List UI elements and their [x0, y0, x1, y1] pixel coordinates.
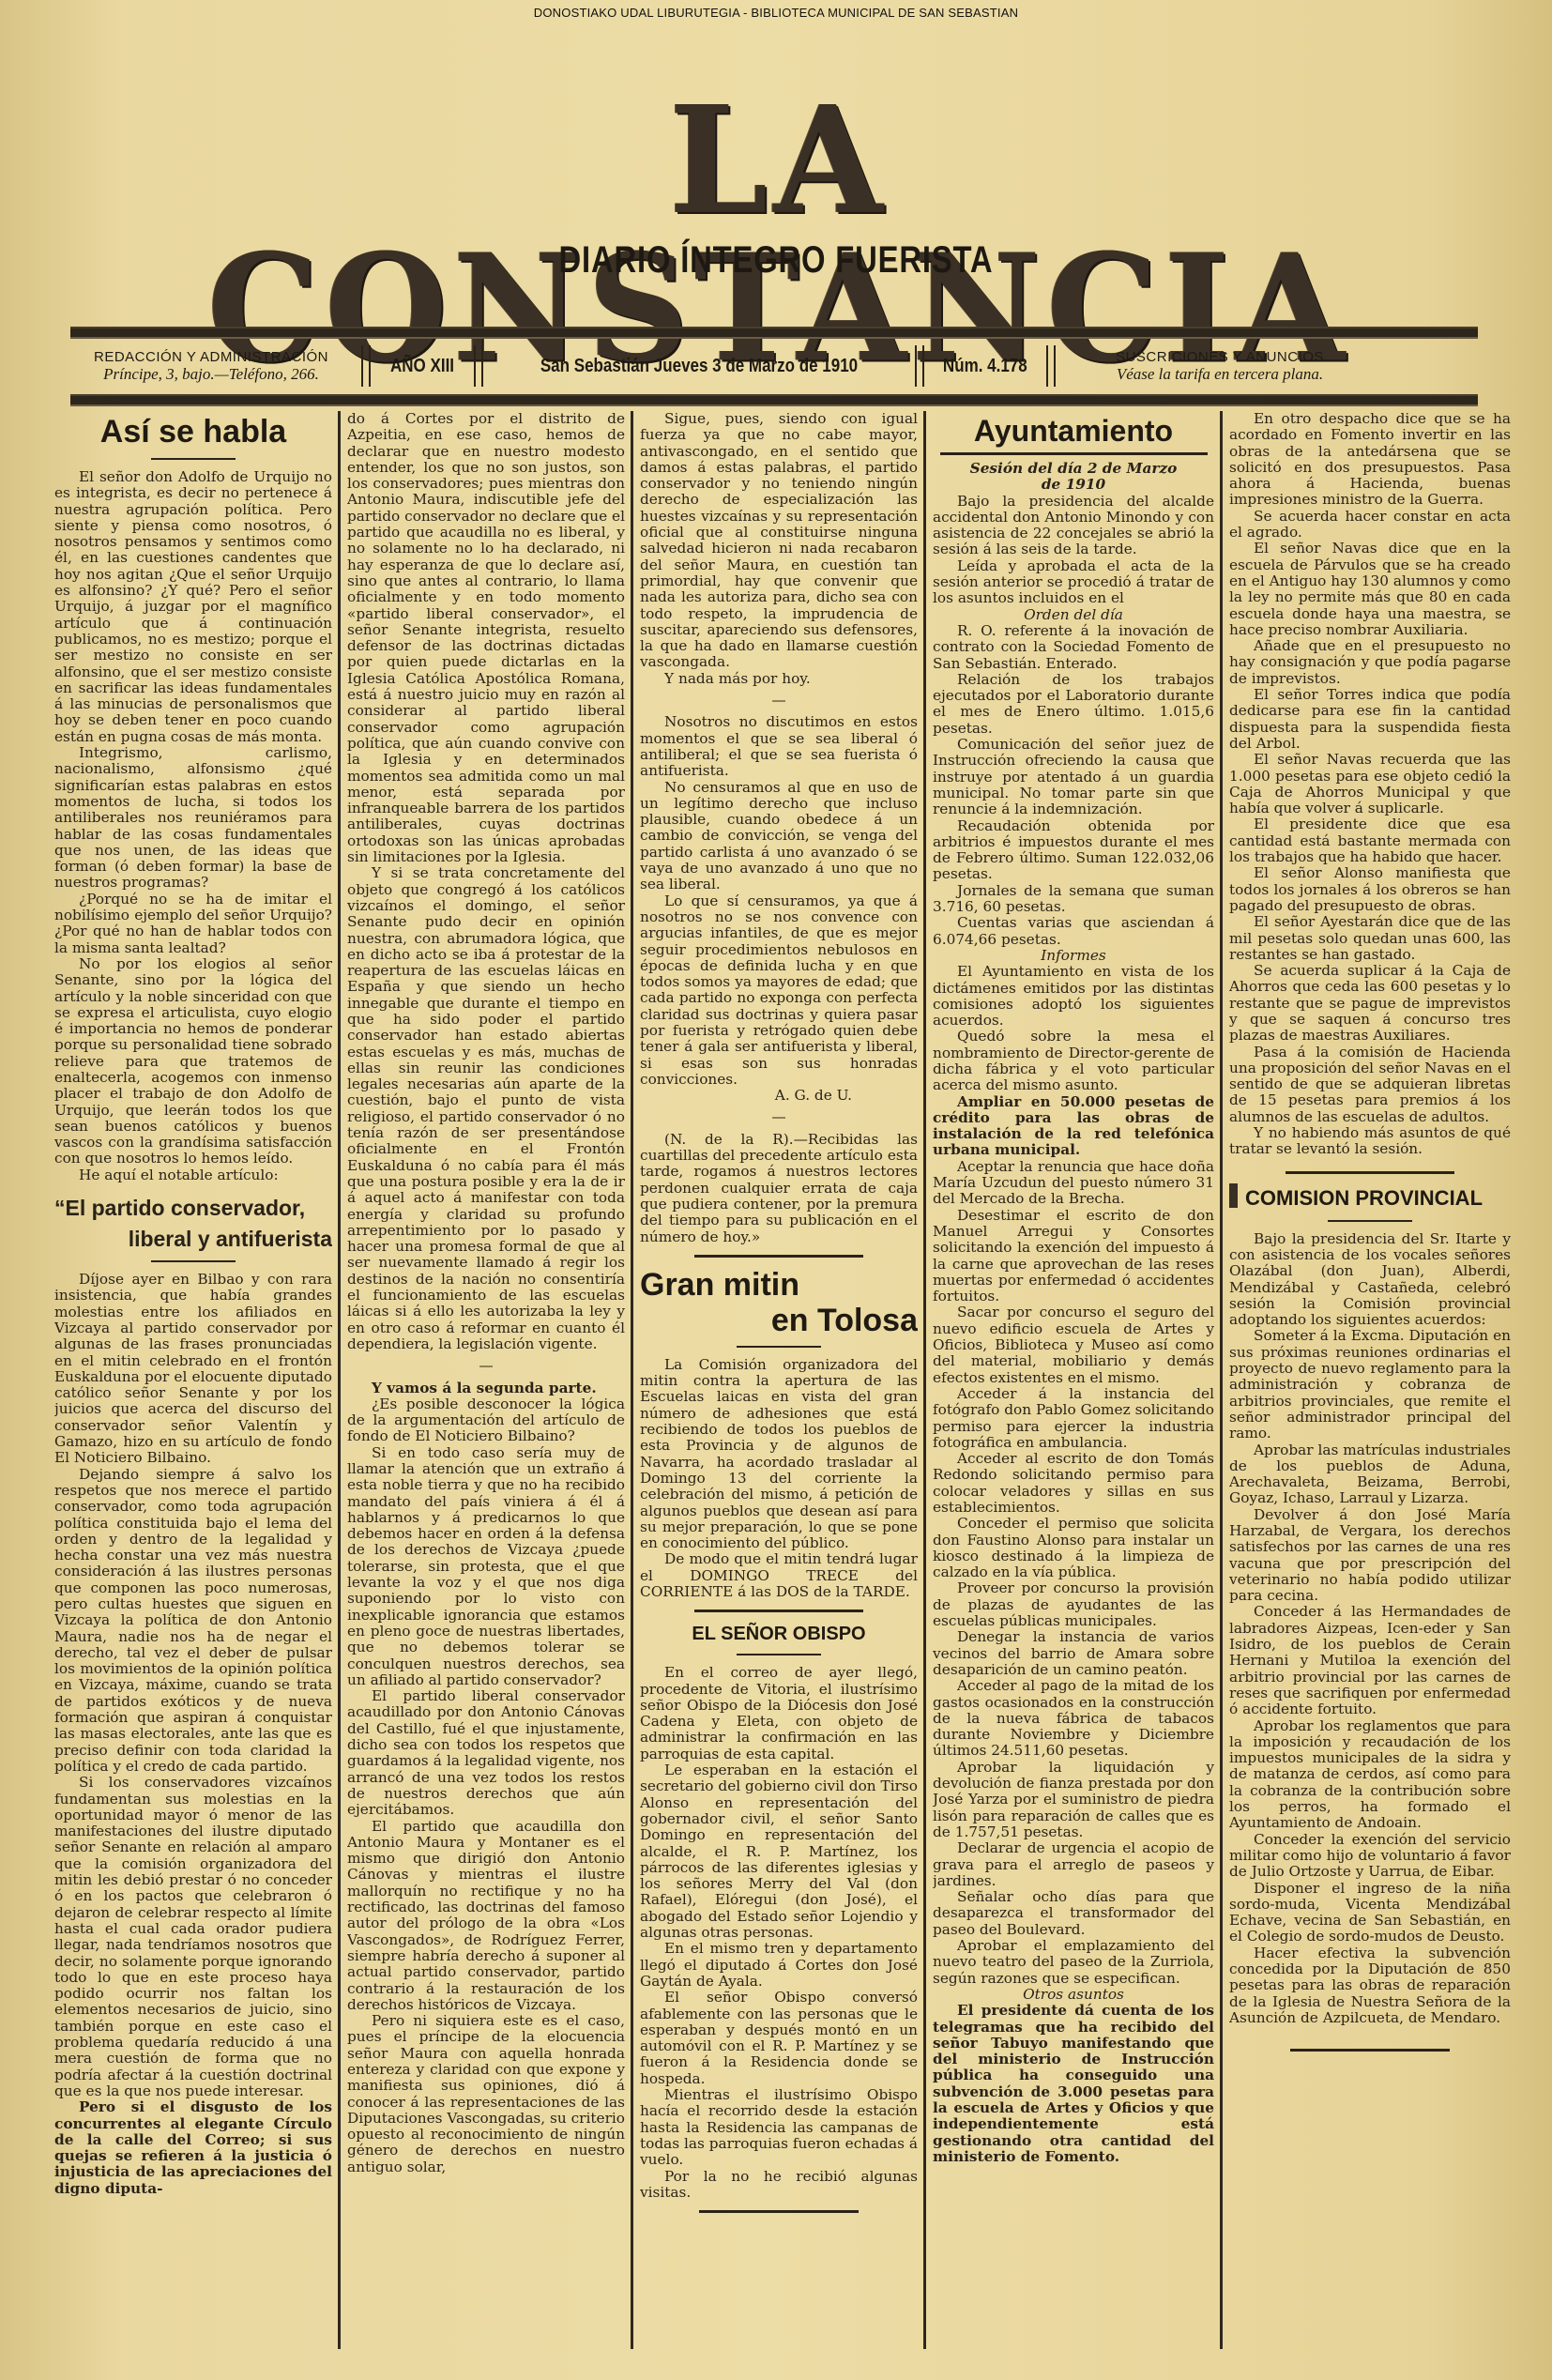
- report-item: El Ayuntamiento en vista de los dictámen…: [933, 964, 1214, 1029]
- paragraph: La Comisión organizadora del mitin contr…: [640, 1357, 918, 1552]
- redaccion-address: Príncipe, 3, bajo.—Teléfono, 266.: [103, 365, 319, 384]
- agenda-item: Relación de los trabajos ejecutados por …: [933, 672, 1214, 737]
- divider: [1328, 1220, 1412, 1222]
- info-bar: REDACCIÓN Y ADMINISTRACIÓN Príncipe, 3, …: [70, 343, 1478, 389]
- report-item: Ampliar en 50.000 pesetas de crédito par…: [933, 1094, 1214, 1159]
- divider: [361, 345, 371, 387]
- paragraph: Nosotros no discutimos en estos momentos…: [640, 714, 918, 779]
- paragraph: Aprobar los reglamentos que para la impo…: [1229, 1718, 1511, 1832]
- column-3: Sigue, pues, siendo con igual fuerza ya …: [640, 411, 918, 2344]
- subhead-informes: Informes: [933, 948, 1214, 964]
- report-item: Desestimar el escrito de don Manuel Arre…: [933, 1208, 1214, 1305]
- paragraph: Añade que en el presupuesto no hay consi…: [1229, 638, 1511, 687]
- paragraph: El señor Navas dice que en la escuela de…: [1229, 541, 1511, 638]
- divider: [915, 345, 924, 387]
- paragraph: Bajo la presidencia del alcalde accident…: [933, 494, 1214, 558]
- paragraph: En el mismo tren y departamento llegó el…: [640, 1941, 918, 1990]
- paragraph: Y nada más por hoy.: [640, 671, 918, 687]
- column-5: En otro despacho dice que se ha acordado…: [1229, 411, 1511, 2344]
- paragraph: En el correo de ayer llegó, procedente d…: [640, 1665, 918, 1762]
- divider: [694, 1255, 863, 1258]
- divider: [694, 1610, 863, 1612]
- column-2: do á Cortes por el distrito de Azpeitia,…: [347, 411, 625, 2344]
- paragraph: Si los conservadores vizcaínos fundament…: [54, 1775, 332, 2099]
- report-item: Acceder al escrito de don Tomás Redondo …: [933, 1451, 1214, 1516]
- subhead-otros-asuntos: Otros asuntos: [933, 1987, 1214, 2003]
- redaccion-label: REDACCIÓN Y ADMINISTRACIÓN: [94, 349, 328, 365]
- subscriptions-label: SUSCRICIONES Y ANUNCIOS: [1116, 349, 1324, 365]
- divider: [1290, 2049, 1450, 2052]
- subscriptions-note: Véase la tarifa en tercera plana.: [1117, 365, 1323, 384]
- paragraph: El señor Navas recuerda que las 1.000 pe…: [1229, 752, 1511, 816]
- paragraph: Leída y aprobada el acta de la sesión an…: [933, 558, 1214, 607]
- dateline-block: San Sebastián Jueves 3 de Marzo de 1910: [493, 343, 905, 389]
- divider: [1286, 1171, 1454, 1174]
- issue-number: Núm. 4.178: [943, 356, 1027, 377]
- paragraph: Pero ni siquiera este es el caso, pues e…: [347, 2013, 625, 2175]
- headline-asi-se-habla: Así se habla: [54, 413, 332, 450]
- column-separator: [1220, 411, 1223, 2349]
- paragraph: Se acuerda suplicar á la Caja de Ahorros…: [1229, 963, 1511, 1044]
- agenda-item: Recaudación obtenida por arbitrios é imp…: [933, 818, 1214, 883]
- column-separator: [631, 411, 633, 2349]
- divider: [940, 452, 1208, 455]
- headline-senor-obispo: EL SEÑOR OBISPO: [640, 1622, 918, 1646]
- paragraph: No por los elogios al señor Senante, sin…: [54, 956, 332, 1167]
- agenda-item: Cuentas varias que asciendan á 6.074,66 …: [933, 915, 1214, 948]
- year: AÑO XIII: [390, 356, 454, 377]
- bottom-rule: [70, 394, 1478, 406]
- number-block: Núm. 4.178: [934, 343, 1037, 389]
- article-columns: Así se habla El señor don Adolfo de Urqu…: [54, 411, 1518, 2344]
- session-date-line-1: Sesión del día 2 de Marzo: [933, 461, 1214, 477]
- paragraph: Integrismo, carlismo, nacionalismo, alfo…: [54, 745, 332, 892]
- paragraph: El presidente dá cuenta de los telegrama…: [933, 2003, 1214, 2165]
- paragraph: Y no habiendo más asuntos de qué tratar …: [1229, 1125, 1511, 1158]
- paragraph: El señor don Adolfo de Urquijo no es int…: [54, 469, 332, 745]
- paragraph: El señor Torres indica que podía dedicar…: [1229, 687, 1511, 752]
- paragraph: Si en todo caso sería muy de llamar la a…: [347, 1445, 625, 1688]
- section-dash: —: [640, 693, 918, 709]
- report-item: Acceder á la instancia del fotógrafo don…: [933, 1386, 1214, 1451]
- paragraph: Conceder á las Hermandades de labradores…: [1229, 1604, 1511, 1717]
- section-dash: —: [640, 1109, 918, 1125]
- column-separator: [338, 411, 341, 2349]
- library-header: DONOSTIAKO UDAL LIBURUTEGIA - BIBLIOTECA…: [0, 6, 1552, 20]
- report-item: Denegar la instancia de varios vecinos d…: [933, 1629, 1214, 1678]
- paragraph: Díjose ayer en Bilbao y con rara insiste…: [54, 1272, 332, 1467]
- divider: [1046, 345, 1056, 387]
- divider: [151, 1260, 236, 1262]
- paragraph: Sigue, pues, siendo con igual fuerza ya …: [640, 411, 918, 671]
- paragraph: do á Cortes por el distrito de Azpeitia,…: [347, 411, 625, 865]
- column-4: Ayuntamiento Sesión del día 2 de Marzo d…: [933, 411, 1214, 2344]
- subscriptions-block: SUSCRICIONES Y ANUNCIOS Véase la tarifa …: [1065, 343, 1375, 389]
- paragraph: Someter á la Excma. Diputación en sus pr…: [1229, 1328, 1511, 1442]
- report-item: Conceder el permiso que solicita don Fau…: [933, 1516, 1214, 1580]
- section-dash: —: [347, 1358, 625, 1374]
- top-rule: [70, 327, 1478, 339]
- session-date-line-2: de 1910: [933, 477, 1214, 493]
- divider: [737, 1346, 821, 1348]
- report-item: Sacar por concurso el seguro del nuevo e…: [933, 1304, 1214, 1385]
- report-item: Declarar de urgencia el acopio de grava …: [933, 1840, 1214, 1889]
- paragraph: El señor Obispo conversó afablemente con…: [640, 1990, 918, 2087]
- report-item: Acceder al pago de la mitad de los gasto…: [933, 1678, 1214, 1759]
- paragraph: El presidente dice que esa cantidad está…: [1229, 816, 1511, 865]
- paragraph: Devolver á don José María Harzabal, de V…: [1229, 1507, 1511, 1605]
- divider: [737, 1654, 821, 1655]
- paragraph: El señor Ayestarán dice que de las mil p…: [1229, 914, 1511, 963]
- paragraph: Aprobar las matrículas industriales de l…: [1229, 1442, 1511, 1507]
- paragraph: Y vamos á la segunda parte.: [347, 1381, 625, 1396]
- paragraph: Lo que sí censuramos, ya que á nosotros …: [640, 893, 918, 1089]
- paragraph: Pasa á la comisión de Hacienda una propo…: [1229, 1045, 1511, 1125]
- column-separator: [923, 411, 926, 2349]
- section-marker-icon: [1229, 1183, 1238, 1208]
- signature: A. G. de U.: [640, 1088, 918, 1104]
- redaccion-block: REDACCIÓN Y ADMINISTRACIÓN Príncipe, 3, …: [70, 343, 352, 389]
- divider: [699, 2210, 859, 2213]
- paragraph: Por la no he recibió algunas visitas.: [640, 2169, 918, 2202]
- year-block: AÑO XIII: [380, 343, 464, 389]
- paragraph: Le esperaban en la estación el secretari…: [640, 1762, 918, 1941]
- headline-comision-provincial: COMISION PROVINCIAL: [1229, 1183, 1511, 1213]
- dateline: San Sebastián Jueves 3 de Marzo de 1910: [540, 356, 858, 377]
- paragraph: Bajo la presidencia del Sr. Itarte y con…: [1229, 1231, 1511, 1329]
- report-item: Quedó sobre la mesa el nombramiento de D…: [933, 1029, 1214, 1093]
- report-item: Aprobar la liquidación y devolución de f…: [933, 1760, 1214, 1840]
- headline-text: COMISION PROVINCIAL: [1245, 1186, 1483, 1210]
- divider: [151, 458, 236, 460]
- report-item: Señalar ocho días para que desaparezca e…: [933, 1889, 1214, 1938]
- editor-note: (N. de la R).—Recibidas las cuartillas d…: [640, 1132, 918, 1245]
- paragraph: Disponer el ingreso de la niña sordo-mud…: [1229, 1881, 1511, 1945]
- paragraph: No censuramos al que en uso de un legíti…: [640, 780, 918, 893]
- agenda-item: Comunicación del señor juez de Instrucci…: [933, 737, 1214, 817]
- report-item: Proveer por concurso la provisión de pla…: [933, 1580, 1214, 1629]
- paragraph: Mientras el ilustrísimo Obispo hacía el …: [640, 2087, 918, 2168]
- paragraph: El partido liberal conservador acaudilla…: [347, 1688, 625, 1818]
- headline-gran-mitin-line-2: en Tolosa: [640, 1303, 918, 1338]
- report-item: Aceptar la renuncia que hace doña María …: [933, 1159, 1214, 1208]
- subhead-orden-del-dia: Orden del día: [933, 607, 1214, 623]
- paragraph: Dejando siempre á salvo los respetos que…: [54, 1467, 332, 1776]
- paragraph: De modo que el mitin tendrá lugar el DOM…: [640, 1551, 918, 1600]
- report-item: Aprobar el emplazamiento del nuevo teatr…: [933, 1938, 1214, 1987]
- paragraph: Hacer efectiva la subvención concedida p…: [1229, 1945, 1511, 2026]
- paragraph: Se acuerda hacer constar en acta el agra…: [1229, 509, 1511, 542]
- paragraph: Y si se trata concretamente del objeto q…: [347, 865, 625, 1352]
- paragraph: He aquí el notable artículo:: [54, 1167, 332, 1183]
- headline-ayuntamiento: Ayuntamiento: [933, 413, 1214, 449]
- paragraph: Conceder la exención del servicio milita…: [1229, 1832, 1511, 1881]
- paragraph: Pero si el disgusto de los concurrentes …: [54, 2099, 332, 2197]
- paragraph: El partido que acaudilla don Antonio Mau…: [347, 1819, 625, 2014]
- headline-gran-mitin-line-1: Gran mitin: [640, 1267, 918, 1303]
- paragraph: ¿Es posible desconocer la lógica de la a…: [347, 1396, 625, 1445]
- quote-title-line-2: liberal y antifuerista: [54, 1226, 332, 1253]
- agenda-item: Jornales de la semana que suman 3.716, 6…: [933, 883, 1214, 916]
- paragraph: ¿Porqué no se ha de imitar el nobilísimo…: [54, 892, 332, 956]
- newspaper-page: DONOSTIAKO UDAL LIBURUTEGIA - BIBLIOTECA…: [0, 0, 1552, 2380]
- divider: [474, 345, 483, 387]
- column-1: Así se habla El señor don Adolfo de Urqu…: [54, 411, 332, 2344]
- paragraph: El señor Alonso manifiesta que todos los…: [1229, 865, 1511, 914]
- paragraph: En otro despacho dice que se ha acordado…: [1229, 411, 1511, 509]
- agenda-item: R. O. referente á la inovación de contra…: [933, 623, 1214, 672]
- quote-title-line-1: “El partido conservador,: [54, 1195, 332, 1222]
- masthead-subtitle: DIARIO ÍNTEGRO FUERISTA: [140, 239, 1412, 282]
